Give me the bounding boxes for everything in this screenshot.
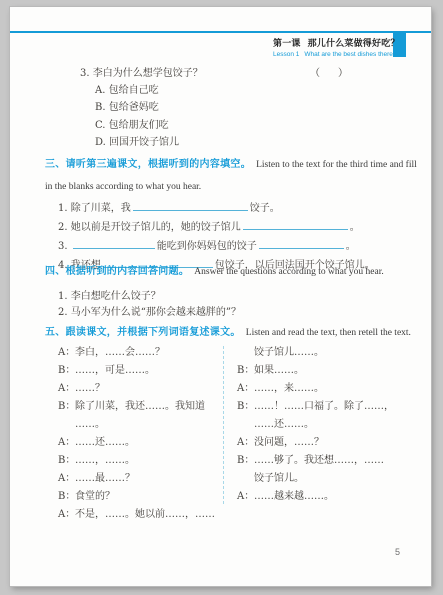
- lesson-name-en: What are the best dishes there?: [304, 51, 396, 58]
- worksheet-page: 第一课那儿什么菜做得好吃？ Lesson 1What are the best …: [10, 7, 431, 586]
- speaker-label: B：: [58, 488, 75, 506]
- fill-item-text: 。: [350, 222, 360, 233]
- fill-item-text: 1. 除了川菜，我: [58, 203, 131, 214]
- dialogue-text: ……！……口福了。除了……，: [254, 398, 415, 416]
- dialogue-line: A：……，来……。: [237, 380, 415, 398]
- speaker-label: A：: [58, 380, 75, 398]
- fill-item-text: 2. 她以前是开饺子馆儿的，她的饺子馆儿: [58, 222, 241, 233]
- question-text: 1. 李白想吃什么饺子？: [58, 291, 161, 302]
- option-list: A. 包给自己吃B. 包给爸妈吃C. 包给朋友们吃D. 回国开饺子馆儿: [95, 82, 400, 151]
- dialogue-line: ……还……。: [237, 416, 415, 434]
- question-item: 1. 李白想吃什么饺子？: [58, 289, 417, 305]
- header-rule: [10, 31, 431, 33]
- dialogue-line: A：……？: [58, 380, 222, 398]
- section-3-heading: 三、请听第三遍课文，根据听到的内容填空。 Listen to the text …: [45, 153, 417, 196]
- section-5-heading: 五、跟读课文，并根据下列词语复述课文。 Listen and read the …: [45, 320, 417, 339]
- dialogue-text: ……，可是……。: [75, 362, 222, 380]
- fill-item-text: 能吃到你妈妈包的饺子: [157, 241, 257, 252]
- option-item: D. 回国开饺子馆儿: [95, 134, 400, 151]
- fill-blank: [259, 237, 344, 249]
- speaker-label: B：: [237, 452, 254, 470]
- lesson-title-zh: 第一课那儿什么菜做得好吃？: [273, 36, 391, 49]
- speaker-label: B：: [58, 452, 75, 470]
- fill-blank: [133, 199, 248, 211]
- fill-item-text: 。: [346, 241, 356, 252]
- dialogue-text: 不是，……。她以前……，……: [75, 506, 222, 524]
- speaker-label: [237, 416, 254, 434]
- fill-blank: [73, 237, 155, 249]
- dialogue-line: A：李白，……会……？: [58, 344, 222, 362]
- dialogue-column-right: 饺子馆儿……。B：如果……。A：……，来……。B：……！……口福了。除了……，……: [237, 344, 415, 506]
- speaker-label: [237, 344, 254, 362]
- option-item: A. 包给自己吃: [95, 82, 400, 99]
- dialogue-text: ……还……。: [254, 416, 415, 434]
- dialogue-text: 如果……。: [254, 362, 415, 380]
- section-4-heading-zh: 四、根据听到的内容回答问题。: [45, 266, 189, 277]
- section-4-heading-en: Answer the questions according to what y…: [194, 267, 383, 277]
- dialogue-text: ……还……。: [75, 434, 222, 452]
- question-text: 2. 马小军为什么说“那你会越来越胖的”？: [58, 307, 241, 318]
- dialogue-text: ……越来越……。: [254, 488, 415, 506]
- dialogue-line: A：……还……。: [58, 434, 222, 452]
- dialogue-line: B：除了川菜，我还……。我知道: [58, 398, 222, 416]
- section-5-heading-zh: 五、跟读课文，并根据下列词语复述课文。: [45, 327, 241, 338]
- dialogue-text: ……，来……。: [254, 380, 415, 398]
- dialogue-line: 饺子馆儿……。: [237, 344, 415, 362]
- answer-brackets: （ ）: [310, 64, 352, 79]
- dialogue-line: A：没问题，……？: [237, 434, 415, 452]
- dialogue-text: ……？: [75, 380, 222, 398]
- fill-blank: [243, 218, 348, 230]
- option-label: B. 包给爸妈吃: [95, 102, 159, 113]
- dialogue-line: 饺子馆儿。: [237, 470, 415, 488]
- question-stem: 3. 李白为什么想学包饺子？: [80, 68, 203, 79]
- section-3-heading-zh: 三、请听第三遍课文，根据听到的内容填空。: [45, 159, 251, 170]
- dialogue-line: A：……最……？: [58, 470, 222, 488]
- section-5: 五、跟读课文，并根据下列词语复述课文。 Listen and read the …: [45, 320, 417, 520]
- dialogue-text: 饺子馆儿……。: [254, 344, 415, 362]
- speaker-label: A：: [237, 380, 254, 398]
- option-label: D. 回国开饺子馆儿: [95, 137, 179, 148]
- option-label: C. 包给朋友们吃: [95, 120, 169, 131]
- dialogue-text: ……够了。我还想……，……: [254, 452, 415, 470]
- dialogue-line: B：……！……口福了。除了……，: [237, 398, 415, 416]
- option-item: B. 包给爸妈吃: [95, 99, 400, 116]
- lesson-name-zh: 那儿什么菜做得好吃？: [308, 38, 400, 48]
- dialogue-text: ……，……。: [75, 452, 222, 470]
- question-item: 2. 马小军为什么说“那你会越来越胖的”？: [58, 305, 417, 321]
- dialogue-line: B：食堂的？: [58, 488, 222, 506]
- dialogue-text: ……。: [75, 416, 222, 434]
- speaker-label: [237, 470, 254, 488]
- speaker-label: A：: [58, 470, 75, 488]
- dialogue-text: 没问题，……？: [254, 434, 415, 452]
- dialogue-column-left: A：李白，……会……？B：……，可是……。A：……？B：除了川菜，我还……。我知…: [58, 344, 222, 524]
- speaker-label: B：: [58, 398, 75, 416]
- dialogue-text: 除了川菜，我还……。我知道: [75, 398, 222, 416]
- dialogue-text: 饺子馆儿。: [254, 470, 415, 488]
- page-number: 5: [395, 547, 400, 557]
- dialogue-line: B：……，可是……。: [58, 362, 222, 380]
- fill-item-3: 3. 能吃到你妈妈包的饺子。: [58, 237, 417, 256]
- speaker-label: A：: [237, 488, 254, 506]
- lesson-title-en: Lesson 1What are the best dishes there?: [273, 51, 391, 58]
- dialogue-line: B：……，……。: [58, 452, 222, 470]
- fill-item-2: 2. 她以前是开饺子馆儿的，她的饺子馆儿。: [58, 218, 417, 237]
- speaker-label: [58, 416, 75, 434]
- speaker-label: A：: [58, 506, 75, 524]
- question-list: 1. 李白想吃什么饺子？2. 马小军为什么说“那你会越来越胖的”？: [58, 289, 417, 320]
- fill-item-text: 3.: [58, 241, 71, 252]
- fill-item-text: 饺子。: [250, 203, 280, 214]
- lesson-number-zh: 第一课: [273, 38, 301, 48]
- dialogue-line: B：如果……。: [237, 362, 415, 380]
- page-header: 第一课那儿什么菜做得好吃？ Lesson 1What are the best …: [273, 36, 391, 58]
- column-divider: [223, 346, 224, 504]
- speaker-label: B：: [237, 362, 254, 380]
- dialogue-line: A：不是，……。她以前……，……: [58, 506, 222, 524]
- fill-item-1: 1. 除了川菜，我饺子。: [58, 199, 417, 218]
- dialogue-text: 李白，……会……？: [75, 344, 222, 362]
- dialogue-text: ……最……？: [75, 470, 222, 488]
- dialogue-line: ……。: [58, 416, 222, 434]
- dialogue-text: 食堂的？: [75, 488, 222, 506]
- option-label: A. 包给自己吃: [95, 85, 159, 96]
- speaker-label: A：: [237, 434, 254, 452]
- section-3: 三、请听第三遍课文，根据听到的内容填空。 Listen to the text …: [45, 153, 417, 275]
- option-item: C. 包给朋友们吃: [95, 117, 400, 134]
- question-3: 3. 李白为什么想学包饺子？ （ ） A. 包给自己吃B. 包给爸妈吃C. 包给…: [80, 64, 400, 151]
- speaker-label: A：: [58, 434, 75, 452]
- section-4-heading: 四、根据听到的内容回答问题。 Answer the questions acco…: [45, 259, 417, 278]
- section-4: 四、根据听到的内容回答问题。 Answer the questions acco…: [45, 259, 417, 320]
- dialogue-line: A：……越来越……。: [237, 488, 415, 506]
- speaker-label: B：: [237, 398, 254, 416]
- speaker-label: B：: [58, 362, 75, 380]
- speaker-label: A：: [58, 344, 75, 362]
- lesson-number-en: Lesson 1: [273, 51, 299, 58]
- section-5-heading-en: Listen and read the text, then retell th…: [246, 328, 411, 338]
- dialogue-line: B：……够了。我还想……，……: [237, 452, 415, 470]
